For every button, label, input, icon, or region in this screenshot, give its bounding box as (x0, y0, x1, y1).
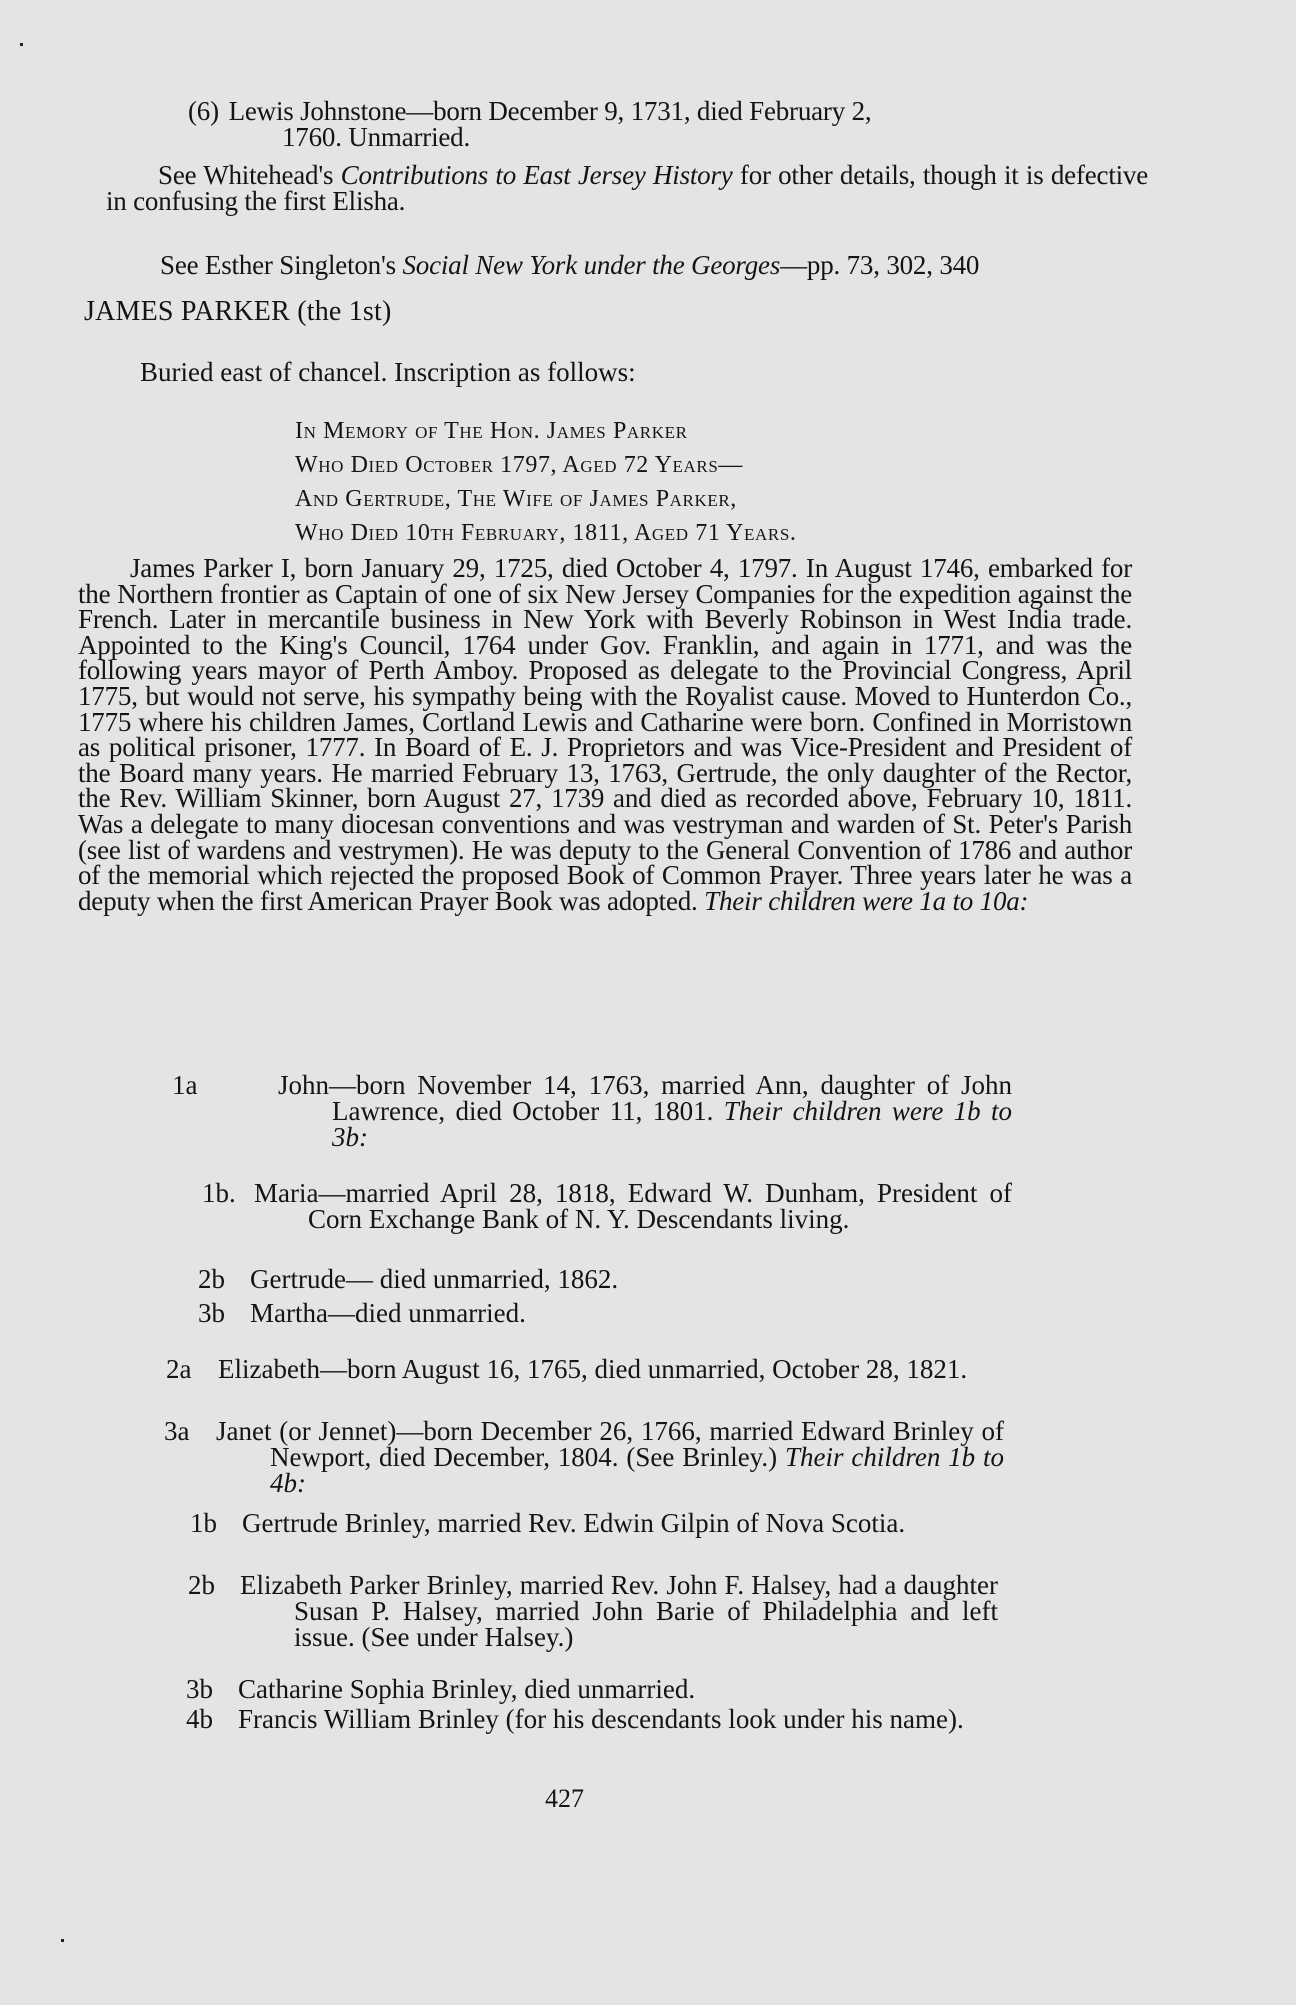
inscription-line: Who Died October 1797, Aged 72 Years— (295, 448, 797, 482)
genealogy-label: 1a (172, 1072, 224, 1150)
genealogy-text: Gertrude— died unmarried, 1862. (250, 1266, 1008, 1292)
genealogy-entry: 4b Francis William Brinley (for his desc… (186, 1706, 996, 1732)
genealogy-text: John—born November 14, 1763, married Ann… (278, 1072, 1012, 1150)
reference-title: Social New York under the Georges (403, 250, 781, 280)
genealogy-text: Martha—died unmarried. (250, 1300, 1008, 1326)
reference-prefix: See Esther Singleton's (160, 250, 403, 280)
genealogy-entry: 2a Elizabeth—born August 16, 1765, died … (166, 1356, 1006, 1382)
genealogy-text: Catharine Sophia Brinley, died unmarried… (238, 1676, 996, 1702)
inscription-line: In Memory of The Hon. James Parker (295, 414, 797, 448)
genealogy-text: Janet (or Jennet)—born December 26, 1766… (216, 1418, 1004, 1496)
inscription-line: And Gertrude, The Wife of James Parker, (295, 482, 797, 516)
genealogy-label: 2b (188, 1572, 240, 1650)
genealogy-label: 2a (166, 1356, 218, 1382)
page-number: 427 (545, 1784, 584, 1814)
genealogy-text: Gertrude Brinley, married Rev. Edwin Gil… (242, 1510, 1000, 1536)
genealogy-entry: 1a John—born November 14, 1763, married … (172, 1072, 1012, 1150)
genealogy-label: 1b (190, 1510, 242, 1536)
genealogy-entry: 3a Janet (or Jennet)—born December 26, 1… (164, 1418, 1004, 1496)
genealogy-text: Maria—married April 28, 1818, Edward W. … (254, 1180, 1012, 1232)
biography-paragraph: James Parker I, born January 29, 1725, d… (78, 556, 1132, 914)
reference-singleton: See Esther Singleton's Social New York u… (160, 252, 1150, 278)
genealogy-entry: 1b Gertrude Brinley, married Rev. Edwin … (190, 1510, 1000, 1536)
reference-suffix: —pp. 73, 302, 340 (780, 250, 979, 280)
biography-children-note: Their children were 1a to 10a: (704, 886, 1028, 916)
entry-text-line2: 1760. Unmarried. (188, 124, 1048, 150)
genealogy-label: 3a (164, 1418, 216, 1496)
genealogy-entry: 2b Elizabeth Parker Brinley, married Rev… (188, 1572, 998, 1650)
genealogy-entry: 3b Martha—died unmarried. (198, 1300, 1008, 1326)
inscription-line: Who Died 10th February, 1811, Aged 71 Ye… (295, 516, 797, 550)
genealogy-label: 1b. (202, 1180, 254, 1232)
genealogy-entry: 2b Gertrude— died unmarried, 1862. (198, 1266, 1008, 1292)
genealogy-entry: 3b Catharine Sophia Brinley, died unmarr… (186, 1676, 996, 1702)
reference-whitehead: See Whitehead's Contributions to East Je… (106, 162, 1148, 214)
section-heading: JAMES PARKER (the 1st) (84, 296, 392, 328)
genealogy-label: 4b (186, 1706, 238, 1732)
genealogy-text: Elizabeth Parker Brinley, married Rev. J… (240, 1572, 998, 1650)
genealogy-label: 2b (198, 1266, 250, 1292)
tomb-inscription: In Memory of The Hon. James Parker Who D… (295, 414, 797, 550)
scan-speck (20, 43, 23, 46)
scan-speck (61, 1939, 64, 1942)
genealogy-text: Elizabeth—born August 16, 1765, died unm… (218, 1356, 1006, 1382)
scanned-book-page: (6) Lewis Johnstone—born December 9, 173… (0, 0, 1296, 2005)
genealogy-text: Francis William Brinley (for his descend… (238, 1706, 996, 1732)
entry-label: (6) (188, 98, 222, 124)
burial-note: Buried east of chancel. Inscription as f… (140, 357, 636, 388)
genealogy-label: 3b (198, 1300, 250, 1326)
genealogy-label: 3b (186, 1676, 238, 1702)
entry-lewis-johnstone: (6) Lewis Johnstone—born December 9, 173… (188, 98, 1048, 150)
genealogy-entry: 1b. Maria—married April 28, 1818, Edward… (202, 1180, 1012, 1232)
biography-text: James Parker I, born January 29, 1725, d… (78, 553, 1132, 916)
